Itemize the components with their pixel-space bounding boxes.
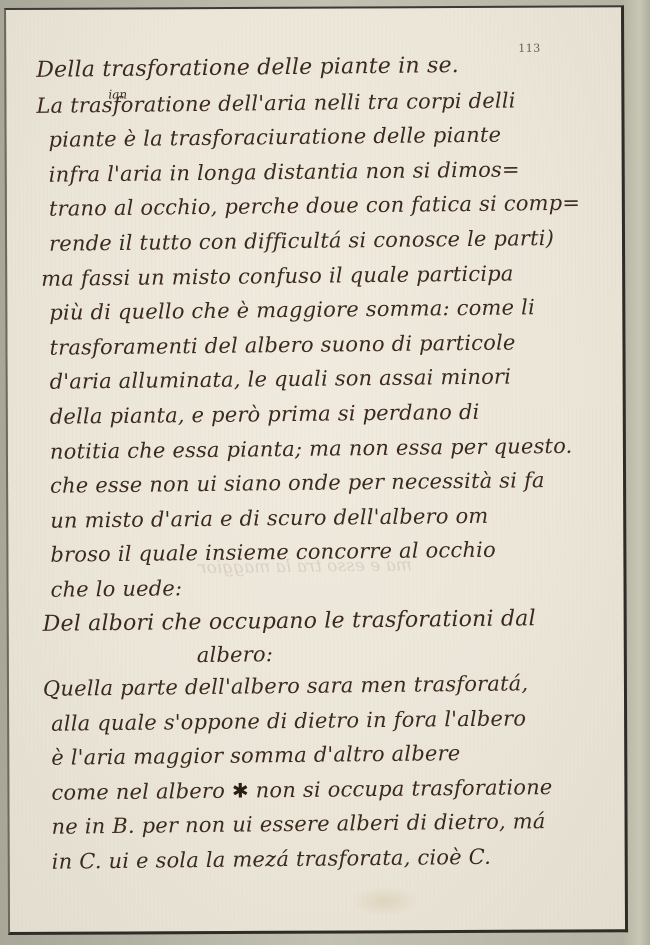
paper-stain	[350, 886, 420, 916]
text-line: in C. ui e sola la mezá trasforata, cioè…	[40, 838, 615, 879]
manuscript-scan: ma e esso tra la maggior 113 ian Della t…	[0, 0, 650, 945]
manuscript-text: Della trasforatione delle piante in se. …	[36, 49, 615, 877]
star-marker-icon: ✱	[232, 773, 249, 808]
text-segment: non si occupa trasforatione	[256, 775, 553, 802]
text-line: rende il tutto con difficultá si conosce…	[37, 220, 612, 261]
chapter-heading: Della trasforatione delle piante in se.	[36, 47, 611, 88]
text-line: della pianta, e però prima si perdano di	[38, 393, 613, 434]
text-line: che lo uede:	[38, 566, 613, 607]
text-segment: come nel albero	[51, 779, 225, 805]
manuscript-page: ma e esso tra la maggior 113 ian Della t…	[4, 5, 628, 935]
binding-strip	[624, 0, 650, 945]
